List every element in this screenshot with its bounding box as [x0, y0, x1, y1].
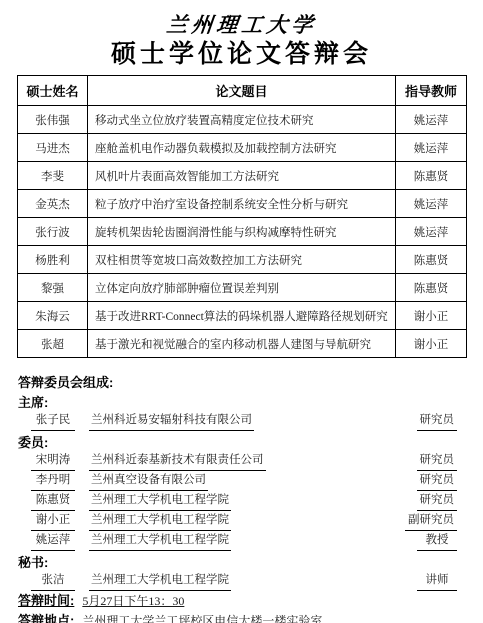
thesis-title: 粒子放疗中治疗室设备控制系统安全性分析与研究	[88, 190, 396, 218]
defense-location-label: 答辩地点:	[18, 611, 74, 623]
chair-organization: 兰州科近易安辐射科技有限公司	[89, 411, 254, 431]
thesis-title: 座舱盖机电作动器负载模拟及加载控制方法研究	[88, 134, 396, 162]
secretary-organization: 兰州理工大学机电工程学院	[89, 571, 231, 591]
table-row: 朱海云 基于改进RRT-Connect算法的码垛机器人避障路径规划研究 谢小正	[18, 302, 467, 330]
committee-chair-line: 张子民 兰州科近易安辐射科技有限公司 研究员	[18, 411, 457, 431]
secretary-title: 讲师	[417, 571, 457, 591]
supervisor-name: 谢小正	[396, 302, 467, 330]
members-label: 委员:	[18, 434, 457, 451]
column-header-supervisor: 指导教师	[396, 76, 467, 106]
student-name: 马进杰	[18, 134, 88, 162]
table-row: 金英杰 粒子放疗中治疗室设备控制系统安全性分析与研究 姚运萍	[18, 190, 467, 218]
student-name: 朱海云	[18, 302, 88, 330]
defense-time-value: 5月27日下午13：30	[82, 591, 184, 611]
member-title: 研究员	[417, 491, 458, 511]
committee-secretary-line: 张洁 兰州理工大学机电工程学院 讲师	[18, 571, 457, 591]
supervisor-name: 谢小正	[396, 330, 467, 358]
student-name: 杨胜利	[18, 246, 88, 274]
committee-member-line: 姚运萍 兰州理工大学机电工程学院 教授	[18, 531, 457, 551]
member-title: 研究员	[417, 471, 458, 491]
table-row: 张超 基于激光和视觉融合的室内移动机器人建图与导航研究 谢小正	[18, 330, 467, 358]
committee-member-line: 谢小正 兰州理工大学机电工程学院 副研究员	[18, 511, 457, 531]
table-header: 硕士姓名 论文题目 指导教师	[18, 76, 467, 106]
member-name: 姚运萍	[31, 531, 75, 551]
member-name: 陈惠贤	[31, 491, 75, 511]
supervisor-name: 陈惠贤	[396, 246, 467, 274]
thesis-title: 移动式坐立位放疗装置高精度定位技术研究	[88, 106, 396, 134]
student-name: 李斐	[18, 162, 88, 190]
defense-announcement-document: 兰州理工大学 硕士学位论文答辩会 硕士姓名 论文题目 指导教师 张伟强 移动式坐…	[0, 0, 483, 623]
university-calligraphy-logo: 兰州理工大学	[0, 10, 483, 40]
thesis-defense-table: 硕士姓名 论文题目 指导教师 张伟强 移动式坐立位放疗装置高精度定位技术研究 姚…	[17, 75, 467, 358]
table-row: 杨胜利 双柱相贯等宽坡口高效数控加工方法研究 陈惠贤	[18, 246, 467, 274]
page-title: 硕士学位论文答辩会	[0, 40, 483, 72]
committee-member-line: 陈惠贤 兰州理工大学机电工程学院 研究员	[18, 491, 457, 511]
chair-label: 主席:	[18, 394, 457, 411]
supervisor-name: 姚运萍	[396, 134, 467, 162]
column-header-student-name: 硕士姓名	[18, 76, 88, 106]
supervisor-name: 陈惠贤	[396, 274, 467, 302]
table-row: 张伟强 移动式坐立位放疗装置高精度定位技术研究 姚运萍	[18, 106, 467, 134]
table-header-row: 硕士姓名 论文题目 指导教师	[18, 76, 467, 106]
student-name: 黎强	[18, 274, 88, 302]
member-organization: 兰州理工大学机电工程学院	[89, 531, 231, 551]
defense-time-line: 答辩时间: 5月27日下午13：30	[18, 591, 483, 611]
thesis-title: 旋转机架齿轮齿圈润滑性能与织构减摩特性研究	[88, 218, 396, 246]
thesis-title: 基于激光和视觉融合的室内移动机器人建图与导航研究	[88, 330, 396, 358]
committee-member-line: 宋明涛 兰州科近泰基新技术有限责任公司 研究员	[18, 451, 457, 471]
chair-title: 研究员	[417, 411, 458, 431]
chair-name: 张子民	[31, 411, 75, 431]
supervisor-name: 姚运萍	[396, 190, 467, 218]
secretary-label: 秘书:	[18, 554, 457, 571]
table-row: 张行波 旋转机架齿轮齿圈润滑性能与织构减摩特性研究 姚运萍	[18, 218, 467, 246]
committee-member-line: 李丹明 兰州真空设备有限公司 研究员	[18, 471, 457, 491]
supervisor-name: 陈惠贤	[396, 162, 467, 190]
committee-heading: 答辩委员会组成:	[18, 374, 457, 391]
table-row: 马进杰 座舱盖机电作动器负载模拟及加载控制方法研究 姚运萍	[18, 134, 467, 162]
column-header-thesis-title: 论文题目	[88, 76, 396, 106]
table-row: 黎强 立体定向放疗肺部肿瘤位置误差判别 陈惠贤	[18, 274, 467, 302]
member-name: 宋明涛	[31, 451, 75, 471]
thesis-title: 基于改进RRT-Connect算法的码垛机器人避障路径规划研究	[88, 302, 396, 330]
supervisor-name: 姚运萍	[396, 106, 467, 134]
member-title: 研究员	[417, 451, 458, 471]
student-name: 张超	[18, 330, 88, 358]
secretary-name: 张洁	[31, 571, 75, 591]
defense-location-line: 答辩地点: 兰州理工大学兰工坪校区电信大楼一楼实验室	[18, 611, 483, 623]
table-row: 李斐 风机叶片表面高效智能加工方法研究 陈惠贤	[18, 162, 467, 190]
member-name: 谢小正	[31, 511, 75, 531]
student-name: 张伟强	[18, 106, 88, 134]
student-name: 金英杰	[18, 190, 88, 218]
member-name: 李丹明	[31, 471, 75, 491]
member-organization: 兰州理工大学机电工程学院	[89, 491, 231, 511]
thesis-title: 风机叶片表面高效智能加工方法研究	[88, 162, 396, 190]
defense-time-label: 答辩时间:	[18, 591, 74, 611]
thesis-title: 双柱相贯等宽坡口高效数控加工方法研究	[88, 246, 396, 274]
member-title: 副研究员	[405, 511, 457, 531]
defense-location-value: 兰州理工大学兰工坪校区电信大楼一楼实验室	[82, 611, 322, 623]
member-title: 教授	[417, 531, 457, 551]
member-organization: 兰州真空设备有限公司	[89, 471, 208, 491]
supervisor-name: 姚运萍	[396, 218, 467, 246]
student-name: 张行波	[18, 218, 88, 246]
member-organization: 兰州科近泰基新技术有限责任公司	[89, 451, 266, 471]
thesis-title: 立体定向放疗肺部肿瘤位置误差判别	[88, 274, 396, 302]
member-organization: 兰州理工大学机电工程学院	[89, 511, 231, 531]
committee-section: 答辩委员会组成: 主席: 张子民 兰州科近易安辐射科技有限公司 研究员 委员: …	[18, 374, 457, 591]
